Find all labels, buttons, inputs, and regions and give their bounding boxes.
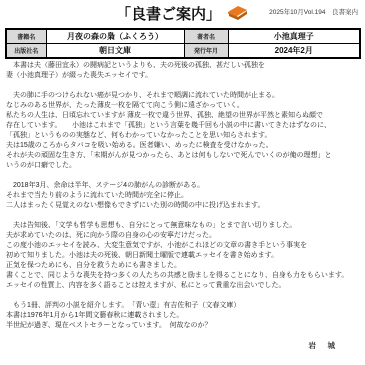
body-line bbox=[6, 211, 359, 221]
table-row: 出版社名 朝日文庫 発行年月 2024年2月 bbox=[6, 44, 360, 59]
body-line: 私たちの人生は、日頃忘れていますが 薄皮一枚で違う世界、孤独、絶望の世界が平然と… bbox=[6, 111, 359, 121]
body-line: それまで当たり前のように流れていた時間が完全に停止。 bbox=[6, 191, 359, 201]
essay-body: 本書は夫（藤田宜永）の闘病記というよりも、夫の死後の孤独、甚だしい孤独を 妻（小… bbox=[6, 61, 359, 331]
body-line: 夫は15歳のころからタバコを吸い始める。医者嫌い、めったに検査を受けなかった。 bbox=[6, 141, 359, 151]
body-line: 夫は告知後、「文学も哲学も思想も、自分にとって無意味なもの」とまで言い切りました… bbox=[6, 221, 359, 231]
label-pub-date: 発行年月 bbox=[184, 44, 228, 59]
book-info-table: 書籍名 月夜の森の梟（ふくろう） 著者名 小池真理子 出版社名 朝日文庫 発行年… bbox=[5, 28, 361, 59]
body-line: 妻（小池真理子）が綴った喪失エッセイです。 bbox=[6, 71, 359, 81]
body-line: 二人はまったく見覚えのない想像もできずにいた別の時間の中に投げ込まれます。 bbox=[6, 201, 359, 211]
body-line: 本書は1976年1月から1年間文藝春秋に連載されました。 bbox=[6, 311, 359, 321]
value-book-title: 月夜の森の梟（ふくろう） bbox=[46, 29, 184, 44]
page-header: 「良書ご案内」 2025年10月Vol.194 良書案内 bbox=[0, 0, 365, 28]
label-book-title: 書籍名 bbox=[6, 29, 46, 44]
body-line: この度小池のエッセイを読み、大変生意気ですが、小池がこれほどの文章の書き手という… bbox=[6, 241, 359, 251]
body-line: 半世紀が過ぎ、現在ベストセラーとなっています。 何故なのか？ bbox=[6, 321, 359, 331]
body-line: 本書は夫（藤田宜永）の闘病記というよりも、夫の死後の孤独、甚だしい孤独を bbox=[6, 61, 359, 71]
body-line: 書くことで、同じような喪失を持つ多くの人たちの共感と励ましを得ることになり、自身… bbox=[6, 271, 359, 281]
label-author: 著者名 bbox=[184, 29, 228, 44]
value-pub-date: 2024年2月 bbox=[228, 44, 360, 59]
page-title: 「良書ご案内」 bbox=[116, 3, 221, 24]
body-line: 正気を保つためにも、自分を救うためにも書きました。 bbox=[6, 261, 359, 271]
newsletter-page: 「良書ご案内」 2025年10月Vol.194 良書案内 書籍名 月夜の森の梟（… bbox=[0, 0, 365, 365]
book-icon bbox=[227, 4, 249, 23]
value-publisher: 朝日文庫 bbox=[46, 44, 184, 59]
body-line: 2018年3月、余命は半年、ステージ4の肺がんの診断がある。 bbox=[6, 181, 359, 191]
body-line: もう1冊、評判の小説を紹介します。 「青い壺」有吉佐和子（文春文庫） bbox=[6, 301, 359, 311]
body-line: なじみのある世界が、たった薄皮一枚を隔てて向こう側に遠ざかっていく。 bbox=[6, 101, 359, 111]
body-line: いうのが口癖でした。 bbox=[6, 161, 359, 171]
body-line bbox=[6, 291, 359, 301]
reviewer-signature: 岩 城 bbox=[309, 340, 338, 351]
body-line: それが夫の頑固な生き方、「末期がんが見つかったら、あとは何もしないで死んでいくの… bbox=[6, 151, 359, 161]
body-line: 「孤独」というものの実態など、何もわかっていなかったことを思い知らされます。 bbox=[6, 131, 359, 141]
body-line: 夫の肺に手のつけられない癌が見つかり、それまで順調に流れていた時間が止まる。 bbox=[6, 91, 359, 101]
value-author: 小池真理子 bbox=[228, 29, 360, 44]
table-row: 書籍名 月夜の森の梟（ふくろう） 著者名 小池真理子 bbox=[6, 29, 360, 44]
body-line: 初めて知りました。小池は夫の死後、朝日新聞土曜版で連載エッセイを書き始めます。 bbox=[6, 251, 359, 261]
body-line bbox=[6, 81, 359, 91]
body-line: 存在しています。 小池はこれまで「孤独」という言葉を幾千回も小説の中に書いてきた… bbox=[6, 121, 359, 131]
body-line: エッセイの性質上、内容を多く語ることは控えますが、私にとって貴重な出会いでした。 bbox=[6, 281, 359, 291]
label-publisher: 出版社名 bbox=[6, 44, 46, 59]
body-line bbox=[6, 171, 359, 181]
issue-info: 2025年10月Vol.194 良書案内 bbox=[269, 7, 358, 16]
body-line: 夫が求めていたのは、死に向かう際の自身の心の安寧だけだった。 bbox=[6, 231, 359, 241]
